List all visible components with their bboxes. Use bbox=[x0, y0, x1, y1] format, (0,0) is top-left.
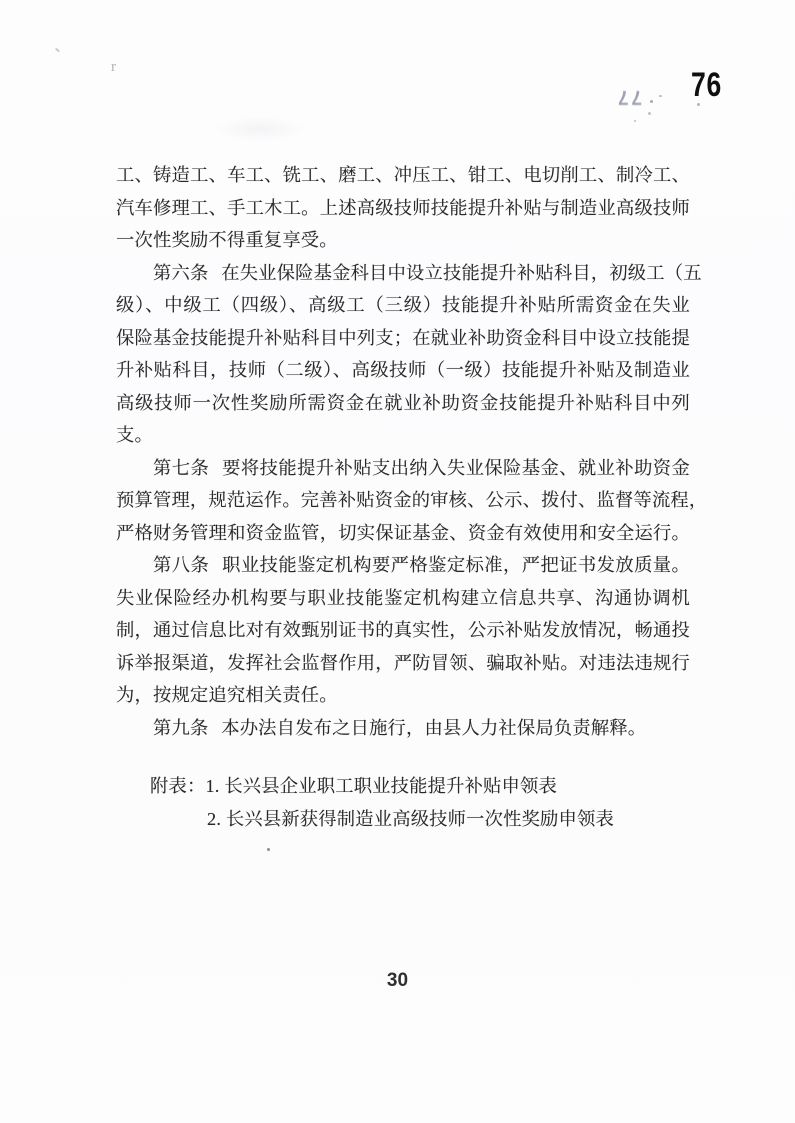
text-line-article-8: 第八条 职业技能鉴定机构要严格鉴定标准，严把证书发放质量。 bbox=[116, 549, 690, 582]
scan-speck bbox=[659, 95, 662, 97]
text-line: 失业保险经办机构要与职业技能鉴定机构建立信息共享、沟通协调机 bbox=[116, 582, 690, 615]
text-line: 严格财务管理和资金监管，切实保证基金、资金有效使用和安全运行。 bbox=[116, 517, 690, 550]
text-line-article-9: 第九条 本办法自发布之日施行，由县人力社保局负责解释。 bbox=[116, 712, 690, 745]
scan-artifact-mark: r bbox=[111, 59, 116, 76]
scanned-document-page: r 76 77 工、铸造工、车工、铣工、磨工、冲压工、钳工、电切削工、制冷工、 … bbox=[0, 0, 795, 1123]
text-line: 预算管理，规范运作。完善补贴资金的审核、公示、拨付、监督等流程， bbox=[116, 484, 690, 517]
text-line: 级）、中级工（四级）、高级工（三级）技能提升补贴所需资金在失业 bbox=[116, 289, 690, 322]
text-line: 汽车修理工、手工木工。上述高级技师技能提升补贴与制造业高级技师 bbox=[116, 192, 690, 225]
text-line-article-7: 第七条 要将技能提升补贴支出纳入失业保险基金、就业补助资金 bbox=[116, 452, 690, 485]
bleedthrough-page-number: 77 bbox=[606, 85, 642, 109]
text-line: 高级技师一次性奖励所需资金在就业补助资金技能提升补贴科目中列 bbox=[116, 387, 690, 420]
text-line: 一次性奖励不得重复享受。 bbox=[116, 224, 690, 257]
scan-smudge bbox=[215, 116, 305, 142]
footer-page-number: 30 bbox=[0, 970, 795, 992]
text-line-attachment-1: 附表：1. 长兴县企业职工职业技能提升补贴申领表 bbox=[116, 770, 690, 803]
scan-speck bbox=[634, 120, 636, 122]
text-line: 保险基金技能提升补贴科目中列支；在就业补助资金科目中设立技能提 bbox=[116, 322, 690, 355]
text-line-attachment-2: 2. 长兴县新获得制造业高级技师一次性奖励申领表 bbox=[116, 803, 690, 836]
text-line: 诉举报渠道，发挥社会监督作用，严防冒领、骗取补贴。对违法违规行 bbox=[116, 647, 690, 680]
document-body: 工、铸造工、车工、铣工、磨工、冲压工、钳工、电切削工、制冷工、 汽车修理工、手工… bbox=[116, 159, 690, 835]
scan-speck bbox=[55, 48, 60, 53]
text-line: 工、铸造工、车工、铣工、磨工、冲压工、钳工、电切削工、制冷工、 bbox=[116, 159, 690, 192]
text-line: 升补贴科目，技师（二级）、高级技师（一级）技能提升补贴及制造业 bbox=[116, 354, 690, 387]
scan-speck bbox=[697, 103, 700, 106]
text-line: 制，通过信息比对有效甄别证书的真实性，公示补贴发放情况，畅通投 bbox=[116, 614, 690, 647]
text-line-article-6: 第六条 在失业保险基金科目中设立技能提升补贴科目，初级工（五 bbox=[116, 257, 690, 290]
scan-speck bbox=[648, 112, 651, 115]
text-line: 支。 bbox=[116, 419, 690, 452]
archive-page-number-stamp: 76 bbox=[691, 66, 722, 105]
scan-speck bbox=[650, 100, 653, 103]
text-line: 为，按规定追究相关责任。 bbox=[116, 679, 690, 712]
scan-speck bbox=[267, 848, 270, 851]
